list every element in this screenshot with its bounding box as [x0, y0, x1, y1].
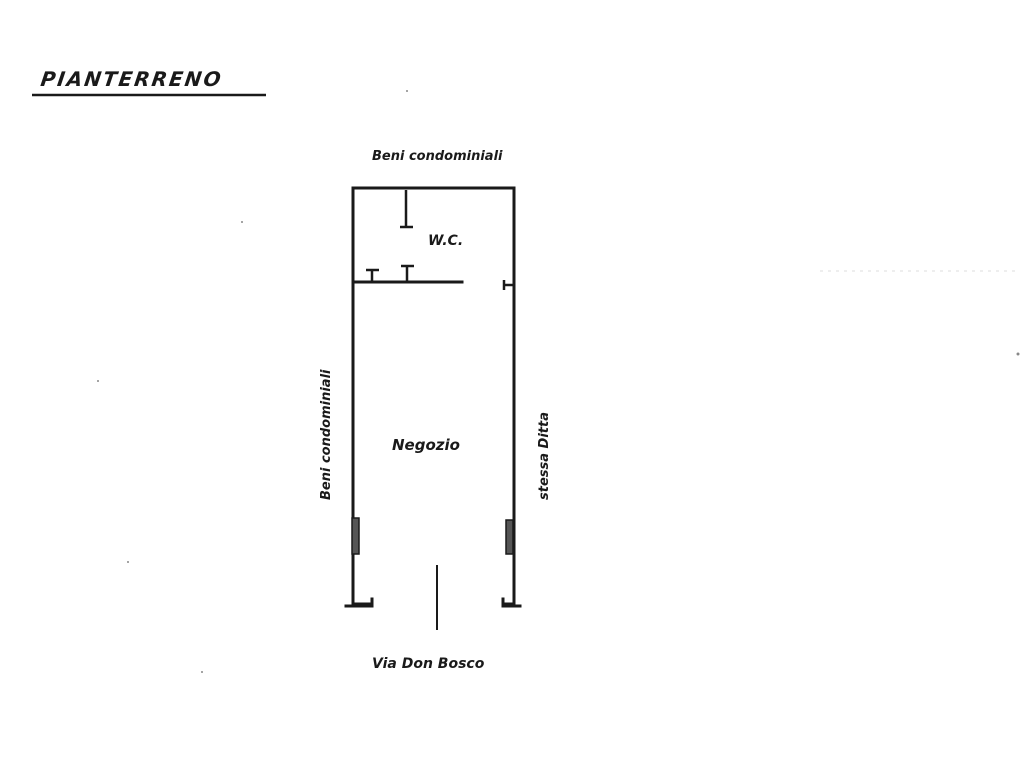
window-marks: [352, 518, 513, 554]
label-left-neighbor: Beni condominiali: [319, 369, 334, 500]
page-title: PIANTERRENO: [39, 67, 224, 91]
label-shop: Negozio: [392, 436, 460, 454]
walls: [346, 188, 520, 606]
label-top-neighbor: Beni condominiali: [372, 149, 503, 164]
scan-specks: [97, 90, 1020, 673]
label-street: Via Don Bosco: [372, 656, 485, 672]
label-wc: W.C.: [428, 233, 463, 249]
label-right-neighbor: stessa Ditta: [537, 412, 552, 500]
floor-plan: PIANTERRENO Beni condominiali: [0, 0, 1024, 768]
